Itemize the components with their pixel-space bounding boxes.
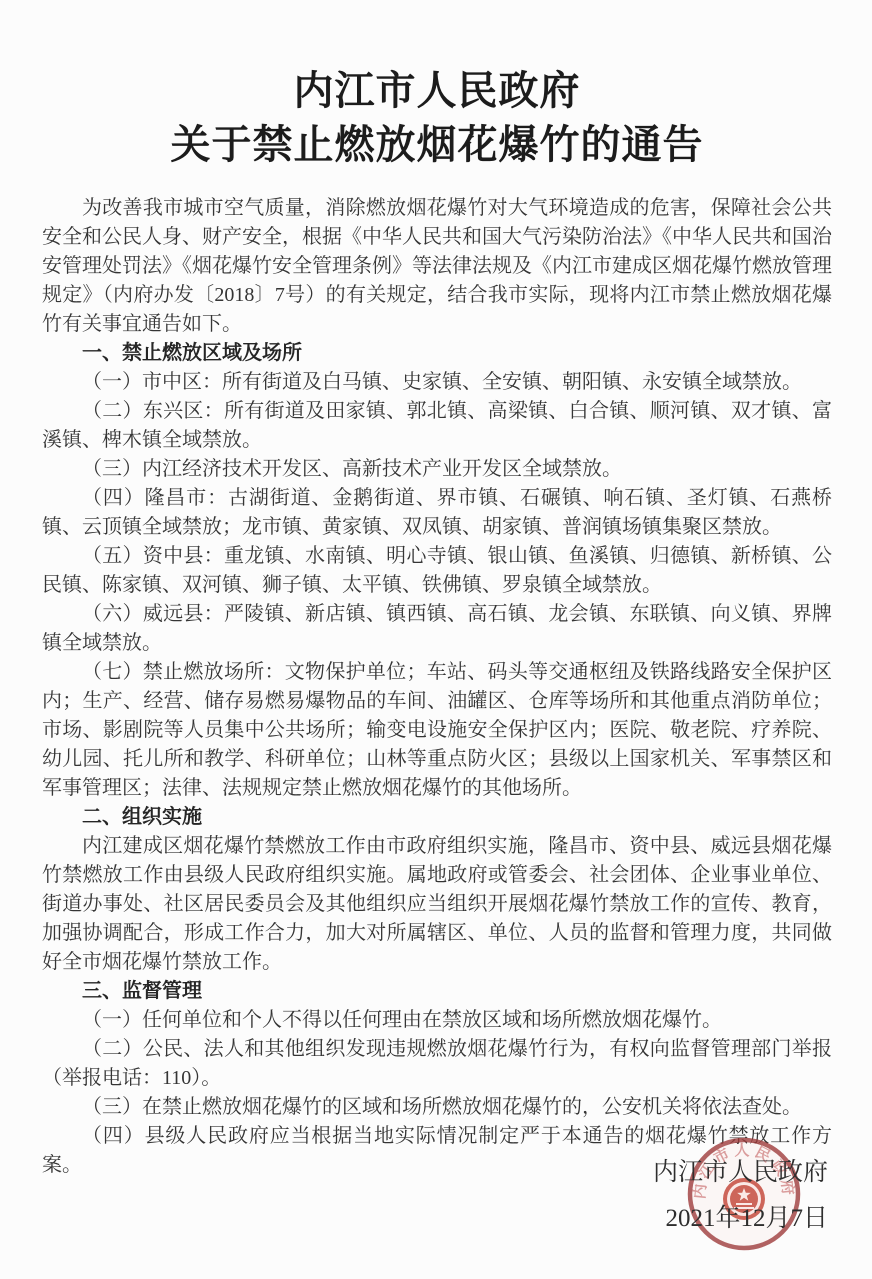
- section-3-clause-2: （二）公民、法人和其他组织发现违规燃放烟花爆竹行为，有权向监督管理部门举报（举报…: [42, 1035, 832, 1093]
- section-1-clause-2: （二）东兴区：所有街道及田家镇、郭北镇、高梁镇、白合镇、顺河镇、双才镇、富溪镇、…: [42, 397, 832, 455]
- section-1-clause-4: （四）隆昌市：古湖街道、金鹅街道、界市镇、石碾镇、响石镇、圣灯镇、石燕桥镇、云顶…: [42, 484, 832, 542]
- signature-block: 内江市人民政府 2021年12月7日: [653, 1150, 828, 1242]
- signature-issuer: 内江市人民政府: [653, 1150, 828, 1196]
- section-1-heading: 一、禁止燃放区域及场所: [42, 339, 832, 368]
- document-title-line2: 关于禁止燃放烟花爆竹的通告: [42, 118, 832, 172]
- section-1-clause-5: （五）资中县：重龙镇、水南镇、明心寺镇、银山镇、鱼溪镇、归德镇、新桥镇、公民镇、…: [42, 542, 832, 600]
- section-1-clause-6: （六）威远县：严陵镇、新店镇、镇西镇、高石镇、龙会镇、东联镇、向义镇、界牌镇全域…: [42, 600, 832, 658]
- intro-paragraph: 为改善我市城市空气质量，消除燃放烟花爆竹对大气环境造成的危害，保障社会公共安全和…: [42, 194, 832, 339]
- section-2-paragraph: 内江建成区烟花爆竹禁燃放工作由市政府组织实施，隆昌市、资中县、威远县烟花爆竹禁燃…: [42, 832, 832, 977]
- section-1-clause-7: （七）禁止燃放场所：文物保护单位；车站、码头等交通枢纽及铁路线路安全保护区内；生…: [42, 658, 832, 803]
- notice-document: 内江市人民政府 关于禁止燃放烟花爆竹的通告 为改善我市城市空气质量，消除燃放烟花…: [0, 0, 872, 1279]
- section-3-heading: 三、监督管理: [42, 977, 832, 1006]
- section-2-heading: 二、组织实施: [42, 803, 832, 832]
- signature-date: 2021年12月7日: [653, 1196, 828, 1242]
- document-title-line1: 内江市人民政府: [42, 64, 832, 118]
- section-3-clause-1: （一）任何单位和个人不得以任何理由在禁放区域和场所燃放烟花爆竹。: [42, 1006, 832, 1035]
- section-1-clause-3: （三）内江经济技术开发区、高新技术产业开发区全域禁放。: [42, 455, 832, 484]
- section-3-clause-3: （三）在禁止燃放烟花爆竹的区域和场所燃放烟花爆竹的，公安机关将依法查处。: [42, 1093, 832, 1122]
- section-1-clause-1: （一）市中区：所有街道及白马镇、史家镇、全安镇、朝阳镇、永安镇全域禁放。: [42, 368, 832, 397]
